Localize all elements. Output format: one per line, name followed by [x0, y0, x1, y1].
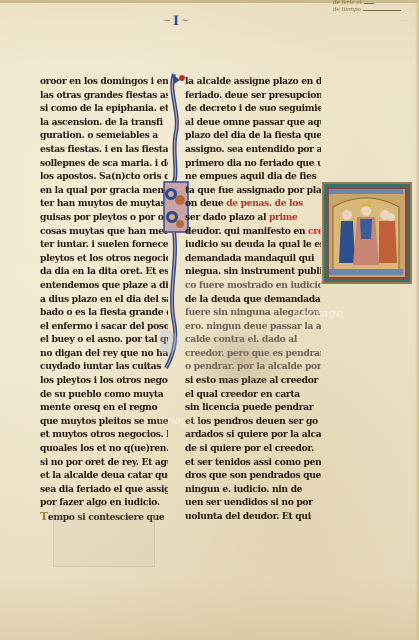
text-line: ter iuntar. i suelen fornecer [40, 238, 168, 252]
margin-note-line: de ferie et [333, 0, 362, 7]
text-line: que muytos pleitos se muenan [40, 415, 168, 429]
text-line: el buey o el asno. por tal que [40, 333, 168, 347]
text-line: si no por oret de rey. Et agu [40, 456, 168, 470]
text-line: de si quiere por el creedor. [185, 442, 321, 456]
text-line: demandada mandaquil qui [185, 252, 321, 266]
text-line: dros que son pendrados que [185, 469, 321, 483]
watermark-lower: Images [160, 414, 200, 427]
text-line: la alcalde assigne plazo en dia [185, 75, 321, 89]
text-line: las otras grandes fiestas asi [40, 89, 168, 103]
text-line-content: ser dado plazo al [185, 212, 269, 223]
folio-mark: · · [400, 18, 405, 24]
running-head-letter: I [173, 14, 179, 29]
text-line: al deue omne passar que aquil [185, 116, 321, 130]
text-line: en la qual por gracia menes [40, 184, 168, 198]
rubric: de penas. de los [226, 198, 303, 209]
miniature-scene [327, 187, 407, 279]
manuscript-page: ~ I ~ de ferie et de tiempo · · oroor en… [0, 0, 419, 640]
rubric: prime [269, 212, 298, 223]
text-line: no digan del rey que no ha [40, 347, 168, 361]
text-line: de la deuda que demandada [185, 293, 321, 307]
text-line: guisas por pleytos o por otras [40, 211, 168, 225]
enthroned-king-scene-icon [329, 189, 403, 275]
watermark: Heritage [292, 307, 343, 320]
text-line: sin licencia puede pendrar [185, 401, 321, 415]
parchment-stain [186, 320, 296, 400]
text-line: ter han muytos de muytas [40, 197, 168, 211]
text-line: primero dia no feriado que uie [185, 157, 321, 171]
miniature-illustration [322, 182, 412, 284]
text-line: co fuere mostrado en iudicio [185, 279, 321, 293]
text-line: sollepnes de sca maria. i de [40, 157, 168, 171]
rubric: cre [308, 226, 321, 237]
flourish-left-icon: ~ [163, 17, 171, 26]
text-line: niegua. sin instrument publi [185, 265, 321, 279]
text-line: estas fiestas. i en las fiestas [40, 143, 168, 157]
text-line: cosas muytas que han menes [40, 225, 168, 239]
text-line: plazo del dia de la fiesta que [185, 129, 321, 143]
text-line: si como de la epiphania. et [40, 102, 168, 116]
text-line: uen ser uendidos si no por [185, 496, 321, 510]
margin-note: de ferie et de tiempo [333, 0, 401, 14]
text-line: ser dado plazo al prime [185, 211, 321, 225]
text-line: on deue de penas. de los [185, 197, 321, 211]
text-line: cuydado iuntar las cuitas [40, 360, 168, 374]
text-line: et los pendros deuen ser go [185, 415, 321, 429]
text-line: da dia en la dita oret. Et esto [40, 265, 168, 279]
paragraph-initial: T [40, 510, 48, 523]
text-line: los pleytos i los otros negocios [40, 374, 168, 388]
text-line: a dius plazo en el dia del sa [40, 293, 168, 307]
text-line: quoales los et no q(ue)ren. iuntar [40, 442, 168, 456]
text-line: oroor en los domingos i en [40, 75, 168, 89]
text-line: la ascension. de la transfi [40, 116, 168, 130]
text-line: et ser tenidos assi como pen [185, 456, 321, 470]
text-line: de decreto i de suo seguimiento [185, 102, 321, 116]
text-line: mente oresq en el regno [40, 401, 168, 415]
show-through-mark [53, 505, 155, 567]
text-line: et muytos otros negocios. los [40, 428, 168, 442]
text-column-right: la alcalde assigne plazo en dia feriado.… [185, 75, 321, 524]
text-line: ningun e. iudicio. nin de [185, 483, 321, 497]
text-line: deudor. qui manifesto en cre [185, 225, 321, 239]
running-head: ~ I ~ [153, 14, 199, 28]
text-line: ne empues aquil dia de fies [185, 170, 321, 184]
text-line: assigno. sea entendido por al [185, 143, 321, 157]
page-right-edge [415, 0, 419, 640]
text-column-left: oroor en los domingos i en las otras gra… [40, 75, 168, 524]
text-line: entendemos que plaze a dios. Et [40, 279, 168, 293]
text-line: guration. o semeiables a [40, 129, 168, 143]
text-line: iudicio su deuda la qual le es [185, 238, 321, 252]
flourish-right-icon: ~ [181, 17, 189, 26]
text-line: pleytos et los otros negocios ca [40, 252, 168, 266]
margin-note-line: de tiempo [333, 7, 361, 14]
text-line: ardados si quiere por la alcal [185, 428, 321, 442]
text-line-content: on deue [185, 198, 226, 209]
text-line: sea dia feriado el que assigno [40, 483, 168, 497]
text-line: et la alcalde deua catar que no [40, 469, 168, 483]
miniature-frame [324, 184, 410, 282]
text-line: los apostos. Sa(n)cto oris de rey [40, 170, 168, 184]
text-line: ta que fue assignado por plazo. [185, 184, 321, 198]
text-line: de su pueblo como muyta [40, 388, 168, 402]
text-line: uolunta del deudor. Et qui [185, 510, 321, 524]
text-line-content: deudor. qui manifesto en [185, 226, 308, 237]
text-line: el enfermo i sacar del poso [40, 320, 168, 334]
text-line: bado o es la fiesta grande et [40, 306, 168, 320]
text-line: feriado. deue ser presupcion [185, 89, 321, 103]
